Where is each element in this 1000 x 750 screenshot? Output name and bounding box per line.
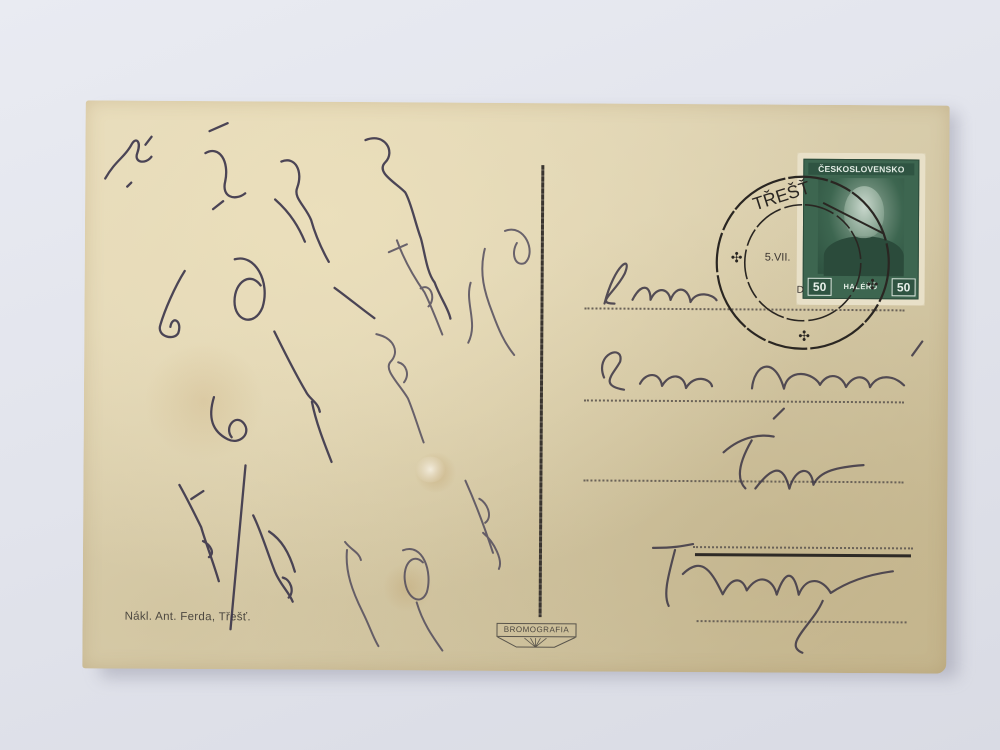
svg-text:✣: ✣ xyxy=(798,328,810,344)
stain xyxy=(144,341,265,462)
portrait-shoulders xyxy=(824,236,904,276)
portrait-image xyxy=(818,178,905,275)
postage-stamp: ČESKOSLOVENSKO 50 HALÉŘŮ 50 xyxy=(797,153,926,306)
message-handwriting xyxy=(344,229,529,651)
sunburst-icon xyxy=(496,623,576,651)
address-line-3 xyxy=(583,479,903,483)
address-line-1 xyxy=(584,307,904,311)
address-line-5 xyxy=(697,620,907,623)
printer-mark: BROMOGRAFIA xyxy=(496,623,576,651)
center-divider-line xyxy=(539,165,545,617)
stain xyxy=(383,562,433,612)
stamp-value-right: 50 xyxy=(892,278,916,296)
stamp-currency: HALÉŘŮ xyxy=(832,282,890,294)
worn-spot xyxy=(415,456,445,482)
svg-text:✣: ✣ xyxy=(731,249,743,265)
address-line-2 xyxy=(584,399,904,403)
underline-bar xyxy=(695,553,911,557)
address-handwriting xyxy=(600,264,922,654)
portrait-face xyxy=(844,186,884,238)
postmark-date: 5.VII. xyxy=(765,252,791,264)
address-line-4 xyxy=(693,546,913,549)
stamp-value-left: 50 xyxy=(808,278,832,296)
stamp-face: ČESKOSLOVENSKO 50 HALÉŘŮ 50 xyxy=(803,159,920,300)
postcard: Nákl. Ant. Ferda, Třešť. BROMOGRAFIA ČES… xyxy=(82,100,949,673)
publisher-imprint: Nákl. Ant. Ferda, Třešť. xyxy=(125,611,251,624)
stamp-country: ČESKOSLOVENSKO xyxy=(808,163,914,176)
